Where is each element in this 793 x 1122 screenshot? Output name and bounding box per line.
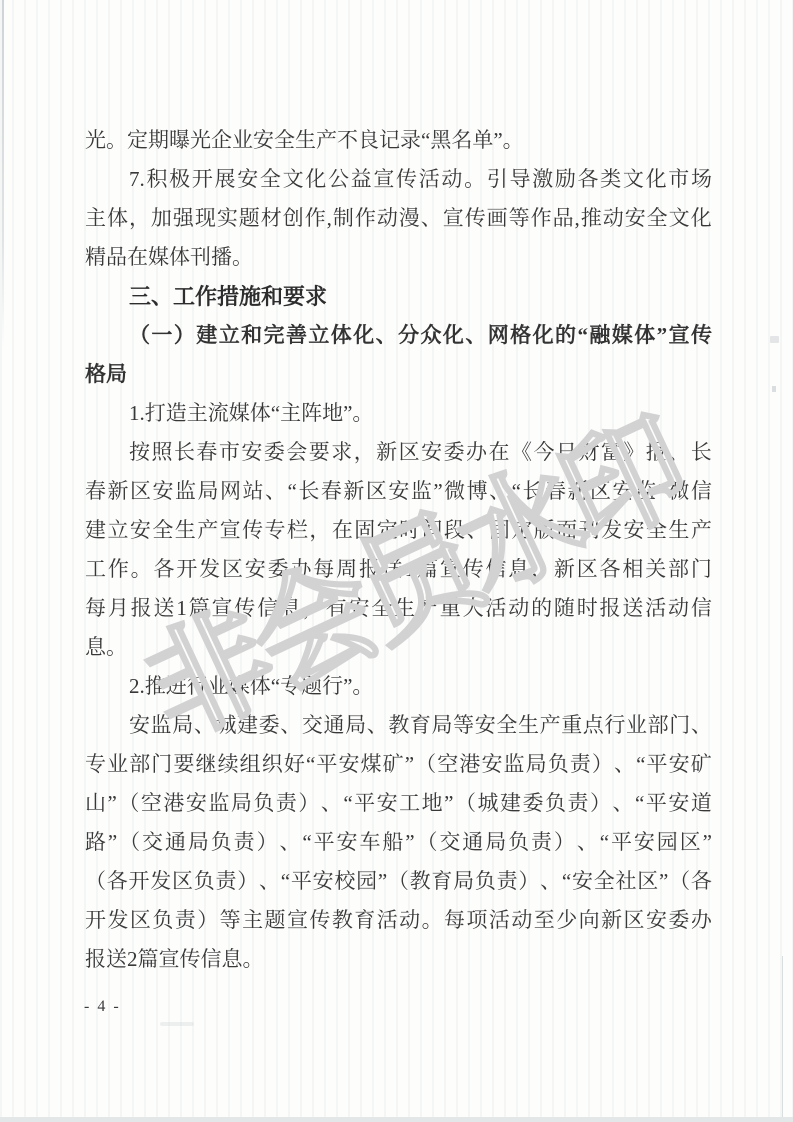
scanned-document-page: 光。定期曝光企业安全生产不良记录“黑名单”。7.积极开展安全文化公益宣传活动。引… — [0, 0, 793, 1122]
text-line: 路”（交通局负责）、“平安车船”（交通局负责）、“平安园区” — [85, 823, 712, 862]
document-body: 光。定期曝光企业安全生产不良记录“黑名单”。7.积极开展安全文化公益宣传活动。引… — [85, 121, 712, 979]
scan-artifact-right-edge-line — [782, 956, 783, 1122]
text-line: 报送2篇宣传信息。 — [85, 940, 712, 979]
text-line: 主体，加强现实题材创作,制作动漫、宣传画等作品,推动安全文化 — [85, 199, 712, 238]
scan-speck — [772, 386, 776, 392]
text-line: 光。定期曝光企业安全生产不良记录“黑名单”。 — [85, 121, 712, 160]
text-line: 格局 — [85, 355, 712, 394]
text-line: （各开发区负责）、“平安校园”（教育局负责）、“安全社区”（各 — [85, 862, 712, 901]
scan-artifact-bottom-edge — [0, 1117, 793, 1122]
text-line: （一）建立和完善立体化、分众化、网格化的“融媒体”宣传 — [129, 316, 712, 355]
text-line: 开发区负责）等主题宣传教育活动。每项活动至少向新区安委办 — [85, 901, 712, 940]
text-line: 7.积极开展安全文化公益宣传活动。引导激励各类文化市场 — [129, 160, 712, 199]
text-line: 三、工作措施和要求 — [129, 277, 712, 316]
text-line: 山”（空港安监局负责）、“平安工地”（城建委负责）、“平安道 — [85, 784, 712, 823]
text-line: 按照长春市安委会要求，新区安委办在《今日财富》报、长 — [129, 433, 712, 472]
text-line: 工作。各开发区安委办每周报送1篇宣传信息，新区各相关部门 — [85, 550, 712, 589]
text-line: 精品在媒体刊播。 — [85, 238, 712, 277]
text-line: 专业部门要继续组织好“平安煤矿”（空港安监局负责）、“平安矿 — [85, 745, 712, 784]
text-line: 建立安全生产宣传专栏，在固定时间段、固定版面刊发安全生产 — [85, 511, 712, 550]
scan-artifact-left-edge-line — [2, 0, 4, 348]
text-line: 息。 — [85, 628, 712, 667]
text-line: 安监局、城建委、交通局、教育局等安全生产重点行业部门、 — [129, 706, 712, 745]
scan-speck — [770, 336, 779, 343]
text-line: 2.推进行业媒体“专题行”。 — [129, 667, 712, 706]
scan-speck — [160, 1022, 194, 1026]
text-line: 春新区安监局网站、“长春新区安监”微博、“长春新区安监”微信 — [85, 472, 712, 511]
text-line: 每月报送1篇宣传信息，有安全生产重大活动的随时报送活动信 — [85, 589, 712, 628]
text-line: 1.打造主流媒体“主阵地”。 — [129, 394, 712, 433]
page-number: - 4 - — [84, 998, 121, 1016]
